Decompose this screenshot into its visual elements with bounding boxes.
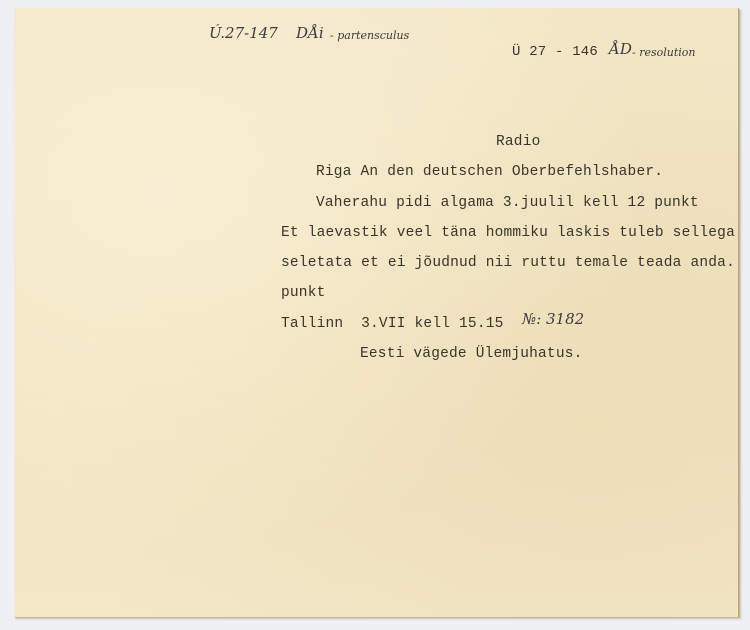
handwritten-number: №: 3182 [522,310,584,328]
handwritten-reference-left: Ú.27-147 [209,24,278,42]
place-time-line: Tallinn 3.VII kell 15.15 [281,316,504,332]
handwritten-note-left: - partensculus [330,29,409,42]
handwritten-code-right: ÅD [609,40,632,58]
document-page: Ú.27-147 DÅi - partensculus Ü 27 - 146 Å… [14,8,739,617]
handwritten-code-left: DÅi [296,24,324,42]
signature-line: Eesti vägede Ülemjuhatus. [360,346,583,362]
document-heading: Radio [496,134,541,150]
handwritten-note-right: - resolution [632,46,696,59]
typed-reference-right: Ü 27 - 146 [512,44,598,60]
message-line-3: seletata et ei jõudnud nii ruttu temale … [281,255,735,271]
addressee-line: Riga An den deutschen Oberbefehlshaber. [316,164,663,180]
message-line-2: Et laevastik veel täna hommiku laskis tu… [281,225,735,241]
message-line-4: punkt [281,285,326,301]
message-line-1: Vaherahu pidi algama 3.juulil kell 12 pu… [316,195,699,211]
